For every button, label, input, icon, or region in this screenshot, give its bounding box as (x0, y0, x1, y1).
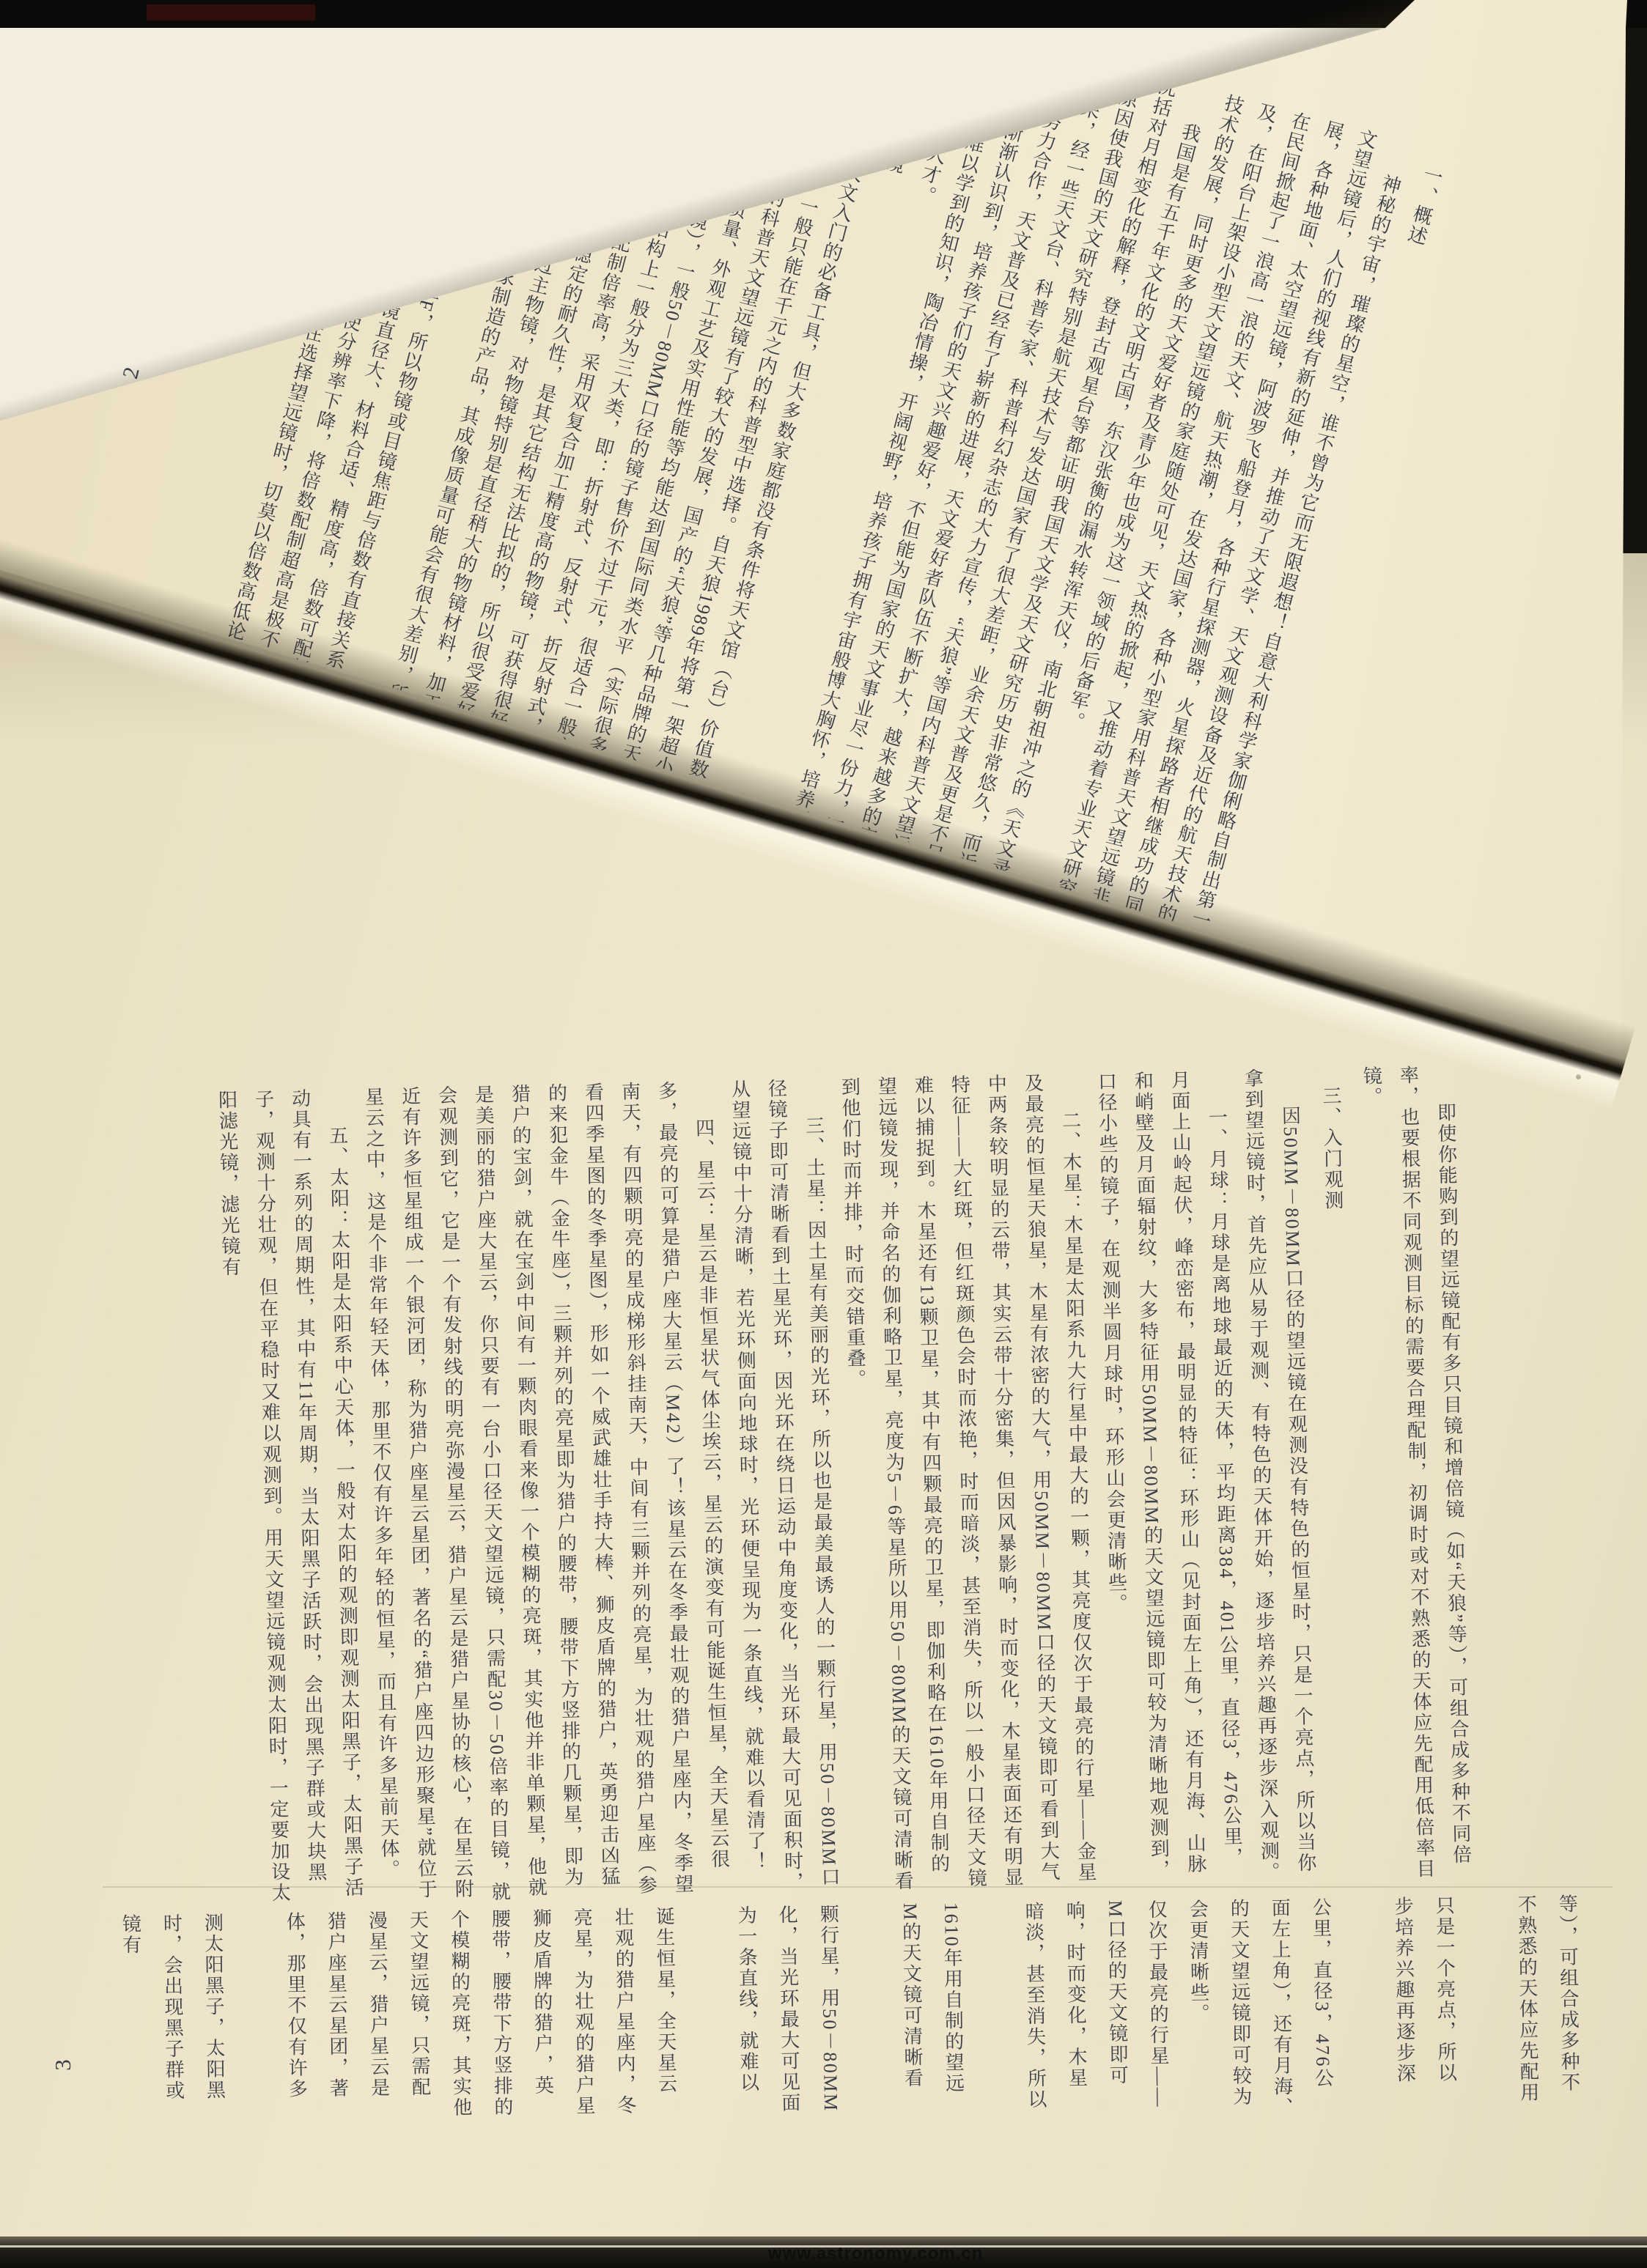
stitch-fragment-column (684, 1905, 729, 2198)
paragraph: 二、木星：木星是太阳系九大行星中最大的一颗，其亮度仅次于最亮的行星——金星及最亮… (830, 1072, 1104, 1896)
book-cover-red-sliver (147, 4, 315, 21)
stitch-fragment-column: 颗行星，用50－80MM (807, 1904, 852, 2196)
stitch-fragment-column: 时，会出现黑子群或 (150, 1913, 196, 2206)
paragraph: 三、土星：因土星有美丽的光环，所以也是最美最诱人的一颗行星，用50－80MM口径… (721, 1077, 847, 1899)
stitch-fragment-column (232, 1912, 278, 2204)
stitch-fragment-column: 不熟悉的天体应先配用 (1505, 1894, 1550, 2187)
stitch-fragment-column: 暗淡，甚至消失，所以 (1012, 1901, 1058, 2193)
page3-number: 3 (50, 2059, 76, 2071)
stitch-fragment-column: 会更清晰些。 (1176, 1899, 1222, 2191)
stitch-fragment-column: M的天文镜可清晰看 (889, 1903, 935, 2195)
stitch-fragment-column: 等），可组合成多种不 (1546, 1894, 1591, 2186)
scan-stitch-duplicated-text: 等），可组合成多种不不熟悉的天体应先配用 只是一个亮点，所以步培养兴趣再逐步深 … (110, 1894, 1591, 2206)
stitch-fragment-column (971, 1902, 1017, 2194)
stitch-fragment-column: M口径的天文镜即可 (1094, 1900, 1140, 2193)
stitch-fragment-column: 只是一个亮点，所以 (1423, 1895, 1468, 2187)
stitch-fragment-column: 诞生恒星，全天星云 (643, 1906, 688, 2198)
stitch-fragment-column: 步培养兴趣再逐步深 (1382, 1896, 1427, 2188)
stitch-fragment-column (1341, 1896, 1386, 2189)
stitch-fragment-column: 面左上角），还有月海、 (1259, 1897, 1304, 2190)
stitch-fragment-column: 体，那里不仅有许多 (273, 1911, 319, 2204)
stitch-fragment-column: 响，时而变化，木星 (1053, 1900, 1099, 2193)
stitch-fragment-column: 漫星云，猎户星云是 (355, 1910, 401, 2203)
paragraph: 一、月球：月球是离地球最近的天体，平均距离384，401公里，直径3，476公里… (1087, 1069, 1250, 1891)
stitch-fragment-column: 壮观的猎户星座内，冬 (602, 1907, 647, 2199)
stitch-fragment-column: 腰带，腰带下方竖排的 (479, 1908, 524, 2201)
stitch-fragment-column: 天文望远镜，只需配 (397, 1910, 442, 2202)
stitch-fragment-column: 公里，直径3，476公 (1300, 1897, 1345, 2190)
paragraph: 四、星云：星云是非恒星状气体尘埃云，星云的演变有可能诞生恒星，全天星云很多，最亮… (354, 1079, 737, 1906)
paragraph: 五、太阳：太阳是太阳系中心天体，一般对太阳的观测即观测太阳黑子，太阳黑子活动具有… (207, 1087, 371, 1910)
stitch-fragment-column: 的天文望远镜即可较为 (1217, 1898, 1263, 2190)
stitch-fragment-column: 猎户座星云星团，著 (314, 1910, 360, 2203)
stitch-fragment-column: 狮皮盾牌的猎户，英 (520, 1908, 565, 2201)
scan-stitch-line (103, 1886, 1613, 1888)
stitch-fragment-column: 为一条直线，就难以 (725, 1905, 770, 2198)
stitch-fragment-column: 1610年用自制的望远 (930, 1902, 976, 2195)
stitch-fragment-column: 仅次于最亮的行星—— (1135, 1899, 1181, 2192)
page3-text-block: 即使你能购到的望远镜配有多只目镜和增倍镜（如“天狼”等），可组合成多种不同倍率，… (125, 1064, 1479, 1911)
stitch-fragment-column (1464, 1895, 1509, 2187)
stitch-fragment-column: 亮星，为壮观的猎户星 (561, 1907, 606, 2200)
stitch-fragment-column: 镜有 (110, 1913, 155, 2206)
stitch-fragment-column (848, 1903, 893, 2195)
stitch-fragment-column: 测太阳黑子，太阳黑 (191, 1913, 237, 2205)
stitch-fragment-column: 个模糊的亮斑，其实他 (438, 1909, 483, 2201)
paragraph: 即使你能购到的望远镜配有多只目镜和增倍镜（如“天狼”等），可组合成多种不同倍率，… (1352, 1064, 1479, 1885)
stitch-fragment-column: 化，当光环最大可见面 (766, 1905, 811, 2197)
site-watermark: www.astronomy.com.cn (768, 2244, 983, 2264)
